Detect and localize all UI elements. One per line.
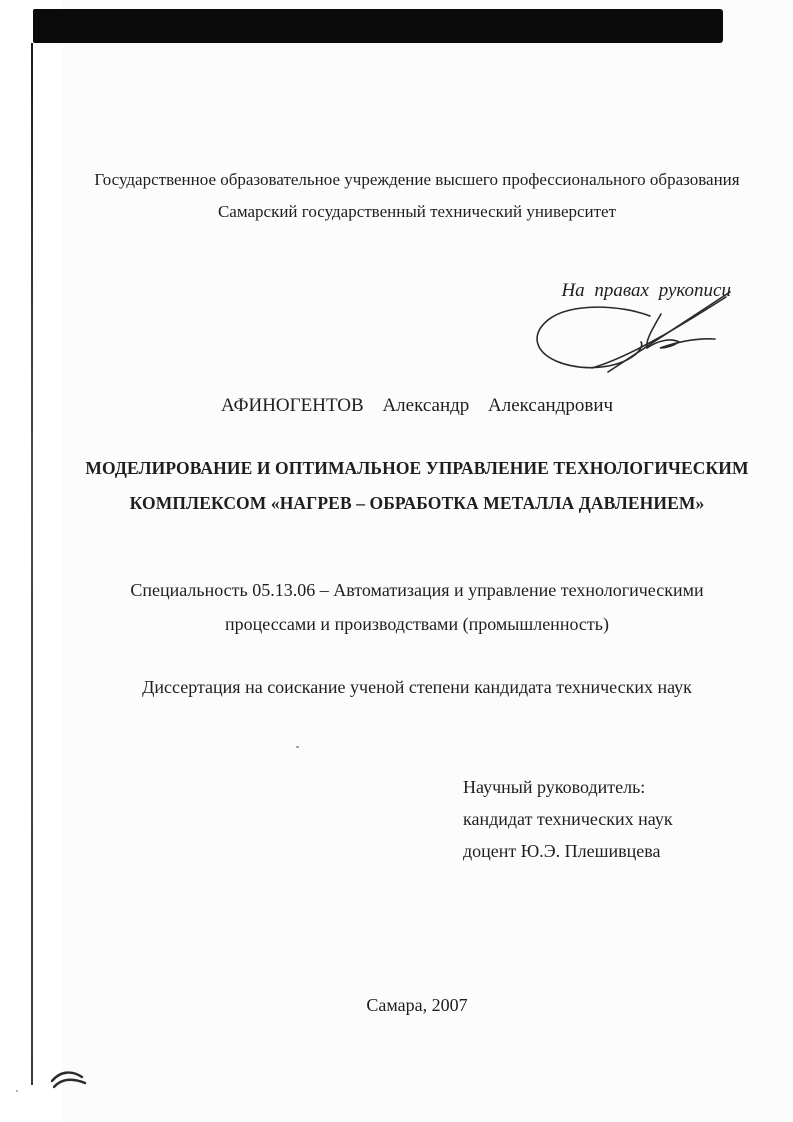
- scan-artifact-left-line: [31, 43, 33, 1085]
- scan-artifact-mark: [48, 1062, 90, 1094]
- scan-artifact-speck: [296, 746, 299, 748]
- supervisor-degree: кандидат технических наук: [463, 803, 673, 835]
- institution-line-1: Государственное образовательное учрежден…: [42, 170, 792, 190]
- degree-statement: Диссертация на соискание ученой степени …: [42, 677, 792, 698]
- specialty-line-1: Специальность 05.13.06 – Автоматизация и…: [42, 580, 792, 601]
- specialty-line-2: процессами и производствами (промышленно…: [42, 614, 792, 635]
- supervisor-name: доцент Ю.Э. Плешивцева: [463, 835, 673, 867]
- dissertation-title-page: Государственное образовательное учрежден…: [0, 0, 793, 1122]
- signature-image: [530, 288, 745, 380]
- supervisor-heading: Научный руководитель:: [463, 771, 673, 803]
- institution-line-2: Самарский государственный технический ун…: [42, 202, 792, 222]
- dissertation-title-line-1: МОДЕЛИРОВАНИЕ И ОПТИМАЛЬНОЕ УПРАВЛЕНИЕ Т…: [42, 458, 792, 479]
- page-content: Государственное образовательное учрежден…: [42, 0, 792, 1122]
- dissertation-title-line-2: КОМПЛЕКСОМ «НАГРЕВ – ОБРАБОТКА МЕТАЛЛА Д…: [42, 493, 792, 514]
- supervisor-block: Научный руководитель: кандидат техническ…: [463, 771, 673, 867]
- scan-artifact-speck: [16, 1090, 18, 1092]
- city-year: Самара, 2007: [42, 995, 792, 1016]
- author-name: АФИНОГЕНТОВ Александр Александрович: [42, 395, 792, 417]
